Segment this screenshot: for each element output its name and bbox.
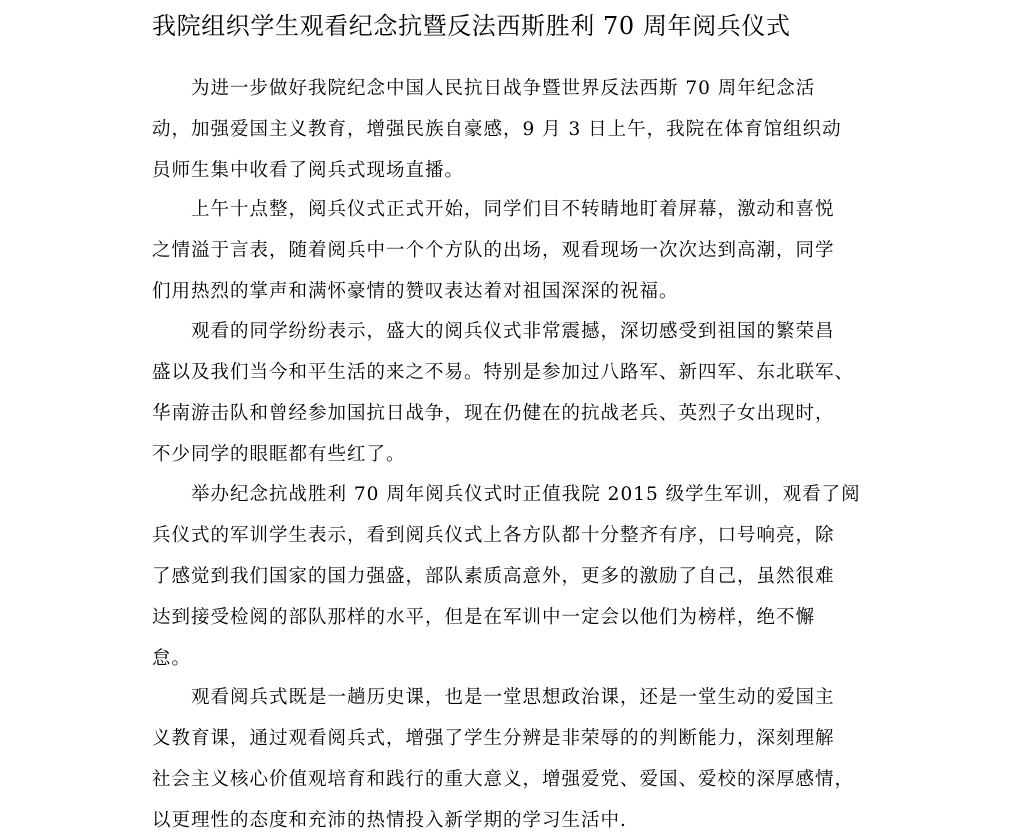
text-line: 不少同学的眼眶都有些红了。 [152, 434, 874, 475]
text-line: 怠。 [152, 638, 874, 679]
text-line: 举办纪念抗战胜利 70 周年阅兵仪式时正值我院 2015 级学生军训，观看了阅 [152, 474, 874, 515]
paragraph-1: 为进一步做好我院纪念中国人民抗日战争暨世界反法西斯 70 周年纪念活 动，加强爱… [152, 68, 874, 191]
text-line: 盛以及我们当今和平生活的来之不易。特别是参加过八路军、新四军、东北联军、 [152, 352, 874, 393]
text-line: 了感觉到我们国家的国力强盛，部队素质高意外，更多的激励了自己，虽然很难 [152, 556, 874, 597]
paragraph-4: 举办纪念抗战胜利 70 周年阅兵仪式时正值我院 2015 级学生军训，观看了阅 … [152, 474, 874, 679]
text-line: 华南游击队和曾经参加国抗日战争，现在仍健在的抗战老兵、英烈子女出现时， [152, 393, 874, 434]
text-line: 观看的同学纷纷表示，盛大的阅兵仪式非常震撼，深切感受到祖国的繁荣昌 [152, 311, 874, 352]
text-line: 上午十点整，阅兵仪式正式开始，同学们目不转睛地盯着屏幕，激动和喜悦 [152, 189, 874, 230]
paragraph-3: 观看的同学纷纷表示，盛大的阅兵仪式非常震撼，深切感受到祖国的繁荣昌 盛以及我们当… [152, 311, 874, 475]
text-line: 社会主义核心价值观培育和践行的重大意义，增强爱党、爱国、爱校的深厚感情， [152, 759, 874, 800]
text-line: 以更理性的态度和充沛的热情投入新学期的学习生活中. [152, 800, 874, 836]
text-line: 达到接受检阅的部队那样的水平，但是在军训中一定会以他们为榜样，绝不懈 [152, 597, 874, 638]
text-line: 兵仪式的军训学生表示，看到阅兵仪式上各方队都十分整齐有序，口号响亮，除 [152, 515, 874, 556]
text-line: 观看阅兵式既是一趟历史课，也是一堂思想政治课，还是一堂生动的爱国主 [152, 677, 874, 718]
paragraph-2: 上午十点整，阅兵仪式正式开始，同学们目不转睛地盯着屏幕，激动和喜悦 之情溢于言表… [152, 189, 874, 312]
paragraph-5: 观看阅兵式既是一趟历史课，也是一堂思想政治课，还是一堂生动的爱国主 义教育课，通… [152, 677, 874, 836]
text-line: 员师生集中收看了阅兵式现场直播。 [152, 150, 874, 191]
text-line: 们用热烈的掌声和满怀豪情的赞叹表达着对祖国深深的祝福。 [152, 271, 874, 312]
text-line: 之情溢于言表，随着阅兵中一个个方队的出场，观看现场一次次达到高潮，同学 [152, 230, 874, 271]
text-line: 动，加强爱国主义教育，增强民族自豪感，9 月 3 日上午，我院在体育馆组织动 [152, 109, 874, 150]
text-line: 义教育课，通过观看阅兵式，增强了学生分辨是非荣辱的的判断能力，深刻理解 [152, 718, 874, 759]
text-line: 为进一步做好我院纪念中国人民抗日战争暨世界反法西斯 70 周年纪念活 [152, 68, 874, 109]
document-title: 我院组织学生观看纪念抗暨反法西斯胜利 70 周年阅兵仪式 [152, 9, 874, 43]
